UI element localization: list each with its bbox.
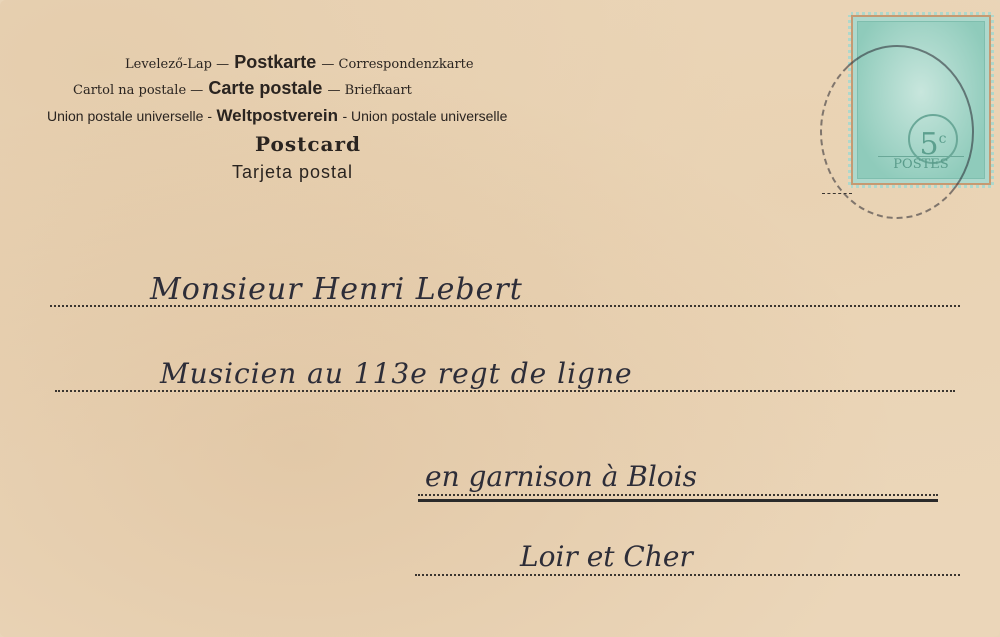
header-line-2: Cartol na postale — Carte postale — Brie… bbox=[73, 78, 412, 99]
address-line-2-rule bbox=[55, 390, 955, 392]
address-line-3-rule bbox=[418, 494, 938, 496]
postcard-subtitle: Tarjeta postal bbox=[232, 162, 353, 183]
address-line-4: Loir et Cher bbox=[520, 540, 693, 573]
address-line-1: Monsieur Henri Lebert bbox=[150, 272, 523, 307]
address-line-4-rule bbox=[415, 574, 960, 576]
stamp-box-border bbox=[822, 193, 852, 194]
header-line-1: Levelező-Lap — Postkarte — Correspondenz… bbox=[125, 52, 474, 73]
postcard-title: Postcard bbox=[255, 132, 361, 156]
address-line-3: en garnison à Blois bbox=[425, 460, 697, 493]
address-line-2: Musicien au 113e regt de ligne bbox=[160, 357, 633, 390]
header-line-3: Union postale universelle - Weltpostvere… bbox=[47, 106, 507, 126]
postcard-back: Levelező-Lap — Postkarte — Correspondenz… bbox=[0, 0, 1000, 637]
address-line-3-underline bbox=[418, 499, 938, 502]
